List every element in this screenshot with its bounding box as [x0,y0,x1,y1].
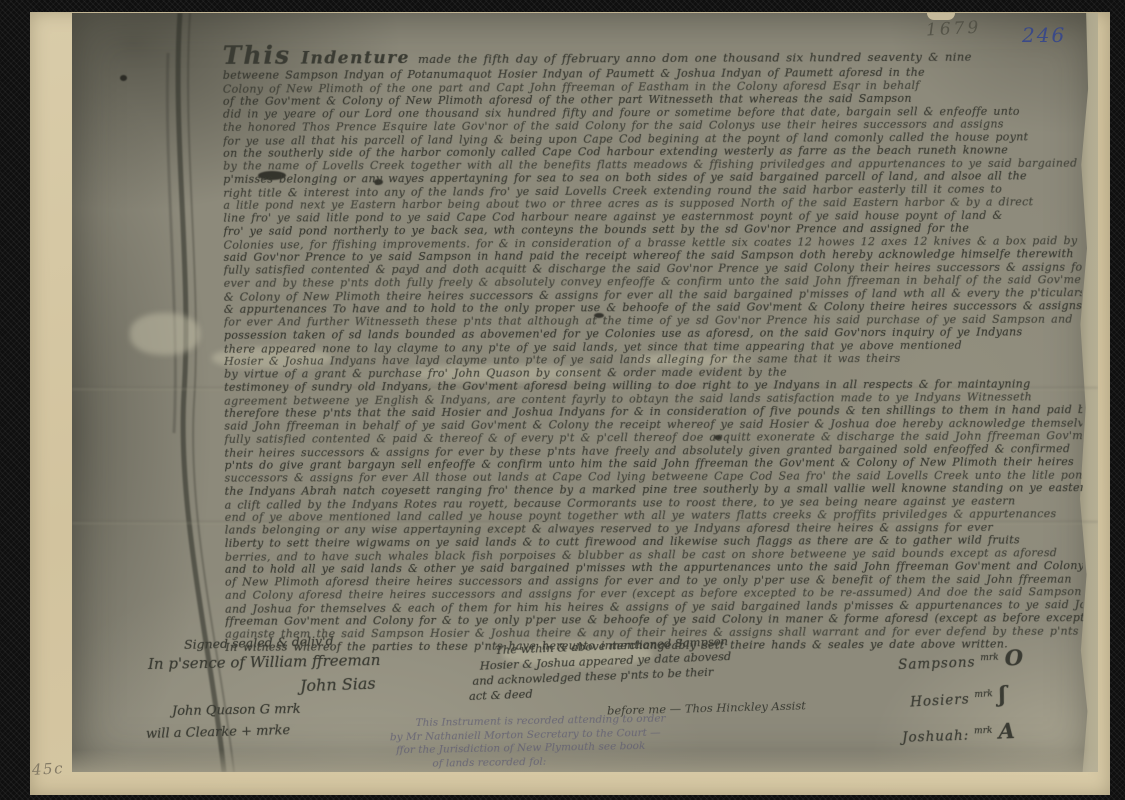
signature-row: Joshuah:mrkA [902,718,1016,747]
signature-row: SampsonsmrkO [898,645,1024,674]
signature-block: SampsonsmrkO Hosiersmrkʃ Joshuah:mrkA [72,13,1098,772]
signer-mark-glyph: O [1004,645,1023,671]
signer-name: Sampsons [898,654,976,673]
signer-name: Joshuah: [902,728,970,746]
archival-photo-page: { "photo": { "pencil_year": "1679", "pag… [0,0,1125,800]
signer-mark-label: mrk [980,652,999,663]
signer-name: Hosiers [910,691,970,710]
signer-mark-glyph: A [998,718,1015,744]
manuscript-photo: 1679 246 ThisIndenturemade the fifth day… [72,13,1098,772]
signer-mark-glyph: ʃ [998,682,1006,707]
signer-mark-label: mrk [974,725,993,736]
catalog-number: 45c [32,759,65,779]
signer-mark-label: mrk [974,689,993,700]
signature-row: Hosiersmrkʃ [909,682,1006,712]
